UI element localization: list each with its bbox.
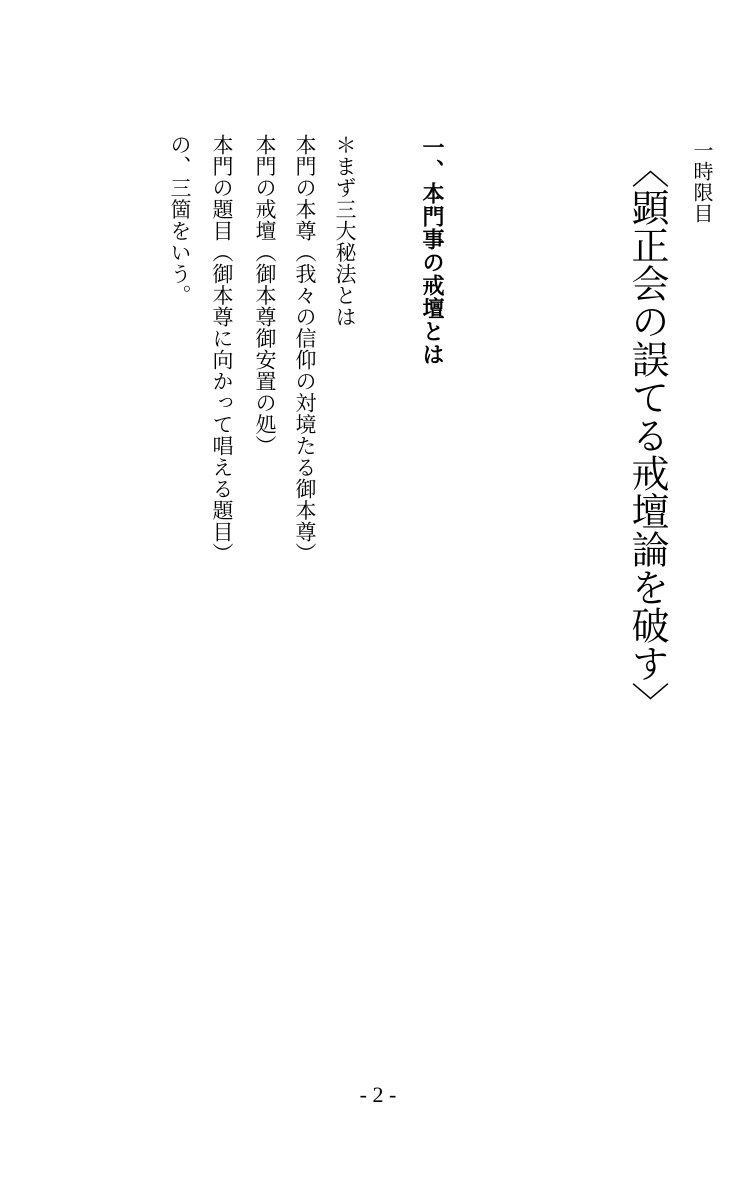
body-line: 本門の本尊（我々の信仰の対境たる御本尊） [294, 134, 315, 564]
body-line: 本門の題目（御本尊に向かって唱える題目） [211, 134, 232, 564]
session-label: 一時限目 [692, 140, 712, 224]
section-heading: 一、本門事の戒壇とは [420, 136, 442, 366]
body-line: ＊まず三大秘法とは [334, 134, 355, 328]
page-title: 〈顕正会の誤てる戒壇論を破す〉 [628, 150, 666, 720]
page-number: - 2 - [0, 1082, 756, 1108]
body-line: 本門の戒壇（御本尊御安置の処） [254, 134, 275, 457]
body-line: の、三箇をいう。 [169, 134, 190, 306]
